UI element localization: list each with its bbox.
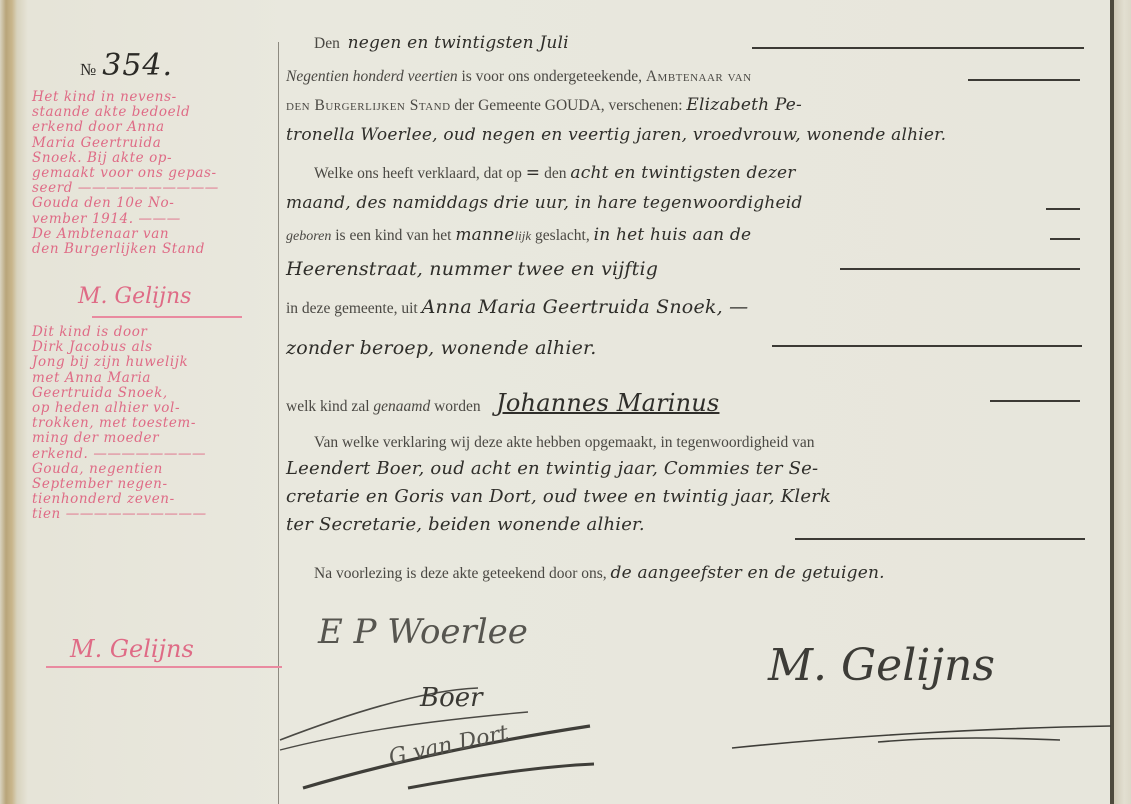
next-page-strip [1114,0,1131,804]
signature-declarant: E P Woerlee [318,612,528,652]
body-line-16: Na voorlezing is deze akte geteekend doo… [314,563,885,584]
note-line: erkend door Anna [32,120,272,135]
official-underline-icon [728,700,1113,760]
fill-rule [990,400,1080,402]
body-line-6: maand, des namiddags drie uur, in hare t… [286,193,802,214]
body-line-3: den Burgerlijken Stand der Gemeente GOUD… [286,95,802,116]
note-line: Gouda, negentien [32,462,272,477]
signature-official: M. Gelijns [768,640,995,691]
note-line: met Anna Maria [32,371,272,386]
handwritten-place: in het huis aan de [594,225,752,245]
note-line: Gouda den 10e No- [32,196,272,211]
act-number: №354. [80,48,173,83]
handwritten-date: negen en twintigsten Juli [348,33,569,53]
handwritten-mother: Anna Maria Geertruida Snoek, — [422,296,749,318]
note-line: tienhonderd zeven- [32,492,272,507]
margin-signature-2: M. Gelijns [70,635,194,663]
handwritten-closing: de aangeefster en de getuigen. [611,563,885,583]
act-number-value: 354. [102,48,173,83]
note-line: De Ambtenaar van [32,227,272,242]
handwritten-witness-residence: ter Secretarie, beiden wonende alhier. [286,514,645,535]
body-line-11: welk kind zal genaamd worden Johannes Ma… [286,393,719,417]
fill-rule [840,268,1080,270]
margin-signature-1: M. Gelijns [78,284,191,309]
handwritten-declarant: Elizabeth Pe- [686,95,802,115]
note-line: Dit kind is door [32,325,272,340]
note-line: September negen- [32,477,272,492]
fill-rule [1046,208,1080,210]
note-line: Het kind in nevens- [32,90,272,105]
margin-rule [92,316,242,318]
note-line: op heden alhier vol- [32,401,272,416]
note-line: tien —————————— [32,507,272,522]
handwritten-witness-1: Leendert Boer, oud acht en twintig jaar,… [286,458,818,479]
handwritten-declarant-details: tronella Woerlee, oud negen en veertig j… [286,125,946,145]
note-line: ming der moeder [32,431,272,446]
fill-rule [968,79,1080,81]
margin-rule [46,666,282,668]
fill-rule [752,47,1084,49]
note-line: Dirk Jacobus als [32,340,272,355]
note-line: Jong bij zijn huwelijk [32,355,272,370]
act-number-label: № [80,60,96,79]
note-line: vember 1914. ——— [32,212,272,227]
body-line-5: Welke ons heeft verklaard, dat op = den … [314,163,796,184]
body-line-15: ter Secretarie, beiden wonende alhier. [286,515,645,536]
note-line: den Burgerlijken Stand [32,242,272,257]
fill-rule [772,345,1082,347]
handwritten-mother-details: zonder beroep, wonende alhier. [286,337,597,359]
note-line: staande akte bedoeld [32,105,272,120]
handwritten-witness-2: cretarie en Goris van Dort, oud twee en … [286,486,831,507]
handwritten-birth-date: acht en twintigsten dezer [570,163,795,183]
note-line: seerd —————————— [32,181,272,196]
handwritten-birth-time: maand, des namiddags drie uur, in hare t… [286,193,802,213]
register-page: №354. Het kind in nevens- staande akte b… [0,0,1131,804]
body-line-1: Den negen en twintigsten Juli [314,33,569,54]
body-line-14: cretarie en Goris van Dort, oud twee en … [286,487,831,508]
body-line-8: Heerenstraat, nummer twee en vijftig [286,259,658,281]
body-line-12: Van welke verklaring wij deze akte hebbe… [314,433,815,453]
note-line: Geertruida Snoek, [32,386,272,401]
fill-rule [1050,238,1080,240]
note-line: Maria Geertruida [32,136,272,151]
signature-witness-1: Boer [420,683,483,713]
body-line-4: tronella Woerlee, oud negen en veertig j… [286,125,946,146]
fill-rule [795,538,1085,540]
handwritten-address: Heerenstraat, nummer twee en vijftig [286,258,658,280]
body-line-9: in deze gemeente, uit Anna Maria Geertru… [286,297,748,319]
margin-note-legitimation: Dit kind is door Dirk Jacobus als Jong b… [32,325,272,523]
note-line: trokken, met toestem- [32,416,272,431]
note-line: gemaakt voor ons gepas- [32,166,272,181]
body-line-10: zonder beroep, wonende alhier. [286,338,597,360]
body-line-13: Leendert Boer, oud acht en twintig jaar,… [286,459,818,480]
body-line-7: geboren is een kind van het mannelijk ge… [286,225,751,247]
note-line: erkend. ———————— [32,447,272,462]
body-line-2: Negentien honderd veertien is voor ons o… [286,67,752,87]
note-line: Snoek. Bij akte op- [32,151,272,166]
handwritten-child-name: Johannes Marinus [496,389,719,417]
margin-note-acknowledgement: Het kind in nevens- staande akte bedoeld… [32,90,272,257]
